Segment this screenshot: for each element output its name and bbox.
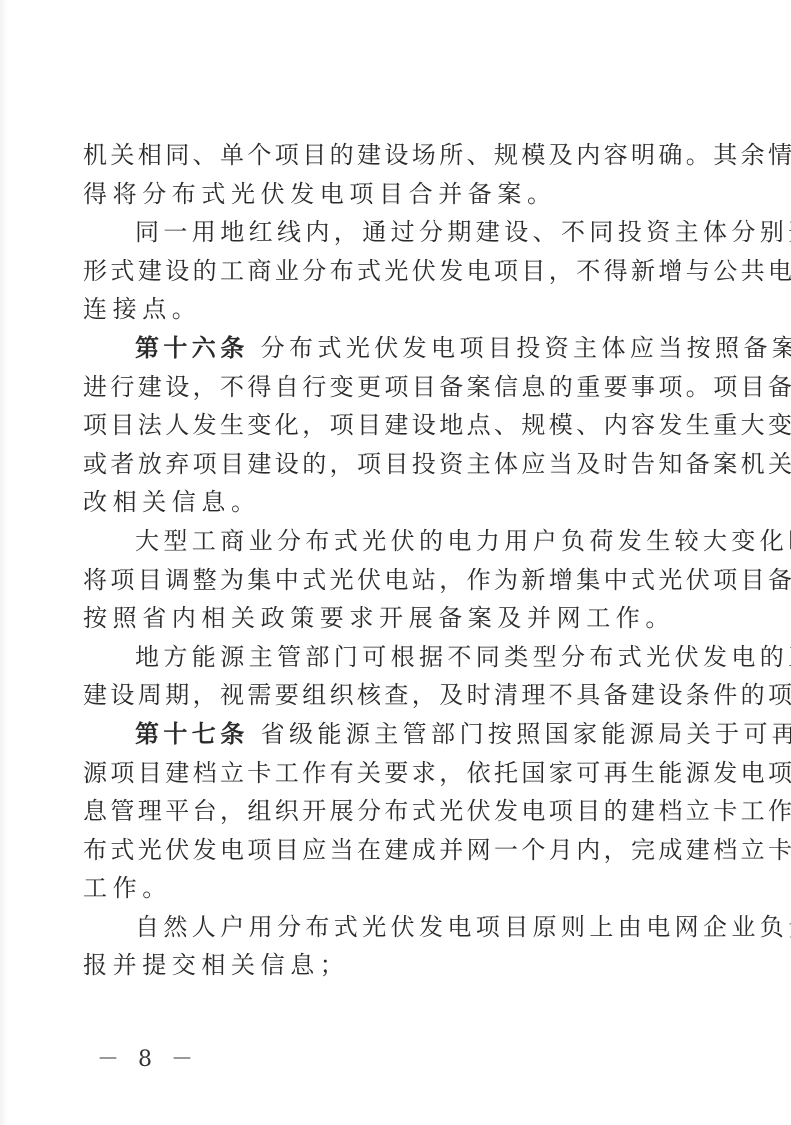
text-line: 机关相同、单个项目的建设场所、规模及内容明确。其余情况不: [83, 136, 713, 175]
text-line: 项目法人发生变化，项目建设地点、规模、内容发生重大变更，: [83, 406, 713, 445]
article-text: 省级能源主管部门按照国家能源局关于可再生能: [261, 720, 791, 748]
article-line: 第十七条 省级能源主管部门按照国家能源局关于可再生能: [83, 715, 713, 754]
text-spacer: [249, 334, 261, 362]
text-line: 布式光伏发电项目应当在建成并网一个月内，完成建档立卡填报: [83, 831, 713, 870]
text-line: 报并提交相关信息；: [83, 946, 713, 985]
page-number: － 8 －: [97, 1042, 199, 1073]
text-line: 息管理平台，组织开展分布式光伏发电项目的建档立卡工作。分: [83, 792, 713, 831]
text-line: 自然人户用分布式光伏发电项目原则上由电网企业负责填: [83, 908, 713, 947]
text-line: 工作。: [83, 869, 713, 908]
text-line: 大型工商业分布式光伏的电力用户负荷发生较大变化时，可: [83, 522, 713, 561]
text-line: 将项目调整为集中式光伏电站，作为新增集中式光伏项目备案，: [83, 561, 713, 600]
text-line: 建设周期，视需要组织核查，及时清理不具备建设条件的项目。: [83, 676, 713, 715]
text-spacer: [249, 720, 261, 748]
article-line: 第十六条 分布式光伏发电项目投资主体应当按照备案信息: [83, 329, 713, 368]
text-line: 或者放弃项目建设的，项目投资主体应当及时告知备案机关并修: [83, 445, 713, 484]
document-body: 机关相同、单个项目的建设场所、规模及内容明确。其余情况不 得将分布式光伏发电项目…: [83, 136, 713, 985]
article-text: 分布式光伏发电项目投资主体应当按照备案信息: [261, 334, 791, 362]
text-line: 连接点。: [83, 290, 713, 329]
article-heading: 第十七条: [135, 719, 249, 748]
text-line: 地方能源主管部门可根据不同类型分布式光伏发电的正常: [83, 638, 713, 677]
text-line: 形式建设的工商业分布式光伏发电项目，不得新增与公共电网的: [83, 252, 713, 291]
text-line: 进行建设，不得自行变更项目备案信息的重要事项。项目备案后，: [83, 368, 713, 407]
text-line: 源项目建档立卡工作有关要求，依托国家可再生能源发电项目信: [83, 754, 713, 793]
text-line: 改相关信息。: [83, 483, 713, 522]
page-edge-shadow: [0, 0, 8, 1125]
text-line: 同一用地红线内，通过分期建设、不同投资主体分别开发等: [83, 213, 713, 252]
text-line: 得将分布式光伏发电项目合并备案。: [83, 175, 713, 214]
text-line: 按照省内相关政策要求开展备案及并网工作。: [83, 599, 713, 638]
article-heading: 第十六条: [135, 333, 249, 362]
